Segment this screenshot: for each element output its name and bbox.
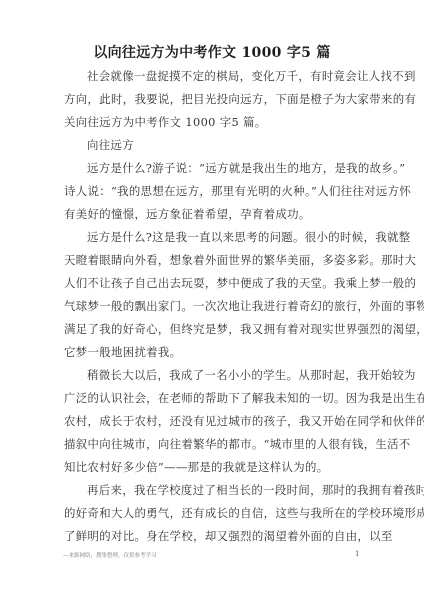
paragraph-line: 远方是什么?游子说：“远方就是我出生的地方，是我的故乡。” bbox=[64, 157, 360, 180]
paragraph-line: 广泛的认识社会，在老师的帮助下了解我未知的一切。因为我是出生在 bbox=[64, 387, 360, 410]
paragraph-line: 再后来，我在学校度过了相当长的一段时间，那时的我拥有着孩时 bbox=[64, 479, 360, 502]
paragraph-line: 气球梦一般的飘出家门。一次次地让我进行着奇幻的旅行，外面的事物 bbox=[64, 295, 360, 318]
paragraph-line: 的好奇和大人的勇气，还有成长的自信，这些与我所在的学校环境形成 bbox=[64, 502, 360, 525]
paragraph-line: 社会就像一盘捉摸不定的棋局，变化万千，有时竟会让人找不到 bbox=[64, 65, 360, 88]
document-page: 以向往远方为中考作文 1000 字5 篇 社会就像一盘捉摸不定的棋局，变化万千，… bbox=[0, 0, 424, 600]
paragraph-line: 农村，成长于农村，还没有见过城市的孩子，我又开始在同学和伙伴的 bbox=[64, 410, 360, 433]
paragraph-line: 远方是什么?这是我一直以来思考的问题。很小的时候，我就整 bbox=[64, 226, 360, 249]
paragraph-line: 天瞪着眼睛向外看，想象着外面世界的繁华美丽，多姿多彩。那时大 bbox=[64, 249, 360, 272]
paragraph-line: 稍微长大以后，我成了一名小小的学生。从那时起，我开始较为 bbox=[64, 364, 360, 387]
paragraph-line: 关向往远方为中考作文 1000 字5 篇。 bbox=[64, 111, 360, 134]
document-title: 以向往远方为中考作文 1000 字5 篇 bbox=[0, 42, 424, 62]
page-number: 1 bbox=[355, 550, 359, 558]
paragraph-line: 方向，此时，我要说，把目光投向远方，下面是橙子为大家带来的有 bbox=[64, 88, 360, 111]
paragraph-line: 了鲜明的对比。身在学校，却又强烈的渴望着外面的自由，以至 bbox=[64, 525, 360, 548]
paragraph-line: 知比农村好多少倍”——那是的我就是这样认为的。 bbox=[64, 456, 360, 479]
document-body: 社会就像一盘捉摸不定的棋局，变化万千，有时竟会让人找不到 方向，此时，我要说，把… bbox=[64, 65, 360, 548]
paragraph-line: 描叙中向往城市，向往着繁华的都市。“城市里的人很有钱，生活不 bbox=[64, 433, 360, 456]
section-heading: 向往远方 bbox=[64, 134, 360, 157]
paragraph-line: 有美好的憧憬，远方象征着希望，孕育着成功。 bbox=[64, 203, 360, 226]
paragraph-line: 满足了我的好奇心，但终究是梦，我又拥有着对现实世界强烈的渴望， bbox=[64, 318, 360, 341]
paragraph-line: 它梦一般地困扰着我。 bbox=[64, 341, 360, 364]
paragraph-line: 诗人说：“我的思想在远方，那里有光明的火种。”人们往往对远方怀 bbox=[64, 180, 360, 203]
page-footer: —来源网络，搜集整理，仅供参考学习 bbox=[63, 551, 157, 559]
paragraph-line: 人们不让孩子自己出去玩耍，梦中便成了我的天堂。我乘上梦一般的 bbox=[64, 272, 360, 295]
